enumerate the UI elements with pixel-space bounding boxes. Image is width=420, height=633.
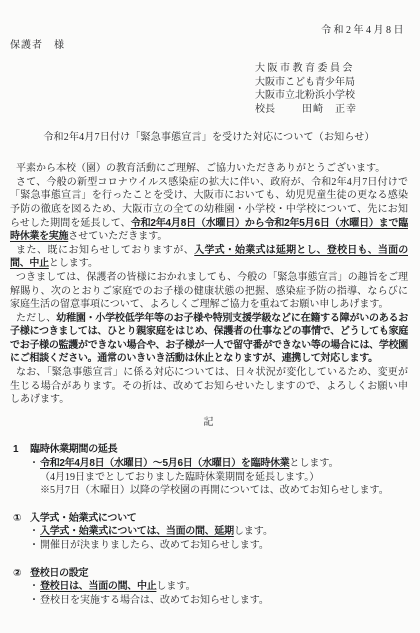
ceremony-tail-text: とします。: [49, 258, 98, 269]
bullet-icon: ・: [29, 458, 39, 469]
document-body: 平素から本校（園）の教育活動にご理解、ご協力いただきありがとうございます。 さて…: [10, 162, 408, 407]
bullet-icon: ・: [29, 540, 39, 551]
section-number-circle1: ①: [13, 512, 23, 526]
attendance-cancel-item: ・登校日は、当面の間、中止します。: [10, 580, 408, 594]
ceremony-postpone-text: 入学式・始業式については、当面の間、延期: [40, 526, 234, 537]
recipient-line: 保護者 様: [10, 39, 408, 53]
document-page: 令和2年4月8日 保護者 様 大 阪 市 教 育 委 員 会 大阪市こども青少年…: [0, 0, 420, 633]
section-entrance-ceremony: ①入学式・始業式について ・入学式・始業式については、当面の間、延期します。 ・…: [10, 512, 408, 553]
section-title-attendance: 登校日の設定: [30, 568, 88, 579]
section-closure-period: 1臨時休業期間の延長 ・令和2年4月8日（水曜日）～5月6日（水曜日）を臨時休業…: [10, 443, 408, 497]
section-number-circle2: ②: [13, 567, 23, 581]
closure-tail-text: させていただきます。: [68, 231, 167, 242]
closure-dates-emphasis: 令和2年4月8日（水曜日）～5月6日（水曜日）を臨時休業: [40, 458, 289, 469]
paragraph-change-notice: なお、「緊急事態宣言」に係る対応については、日々状況が変化しているため、変更が生…: [10, 366, 408, 407]
attendance-cancel-suffix: します。: [156, 581, 195, 592]
section-school-attendance-day: ②登校日の設定 ・登校日は、当面の間、中止します。 ・登校日を実施する場合は、改…: [10, 567, 408, 608]
section-heading-ceremony: ①入学式・始業式について: [10, 512, 408, 526]
sender-principal-line: 校長田崎 正幸: [255, 103, 408, 117]
ceremony-postpone-suffix: します。: [234, 526, 273, 537]
section-heading-closure: 1臨時休業期間の延長: [10, 443, 408, 457]
sender-school-name: 大阪市立北粉浜小学校: [255, 89, 408, 103]
closure-extension-note: （4月19日までとしておりました臨時休業期間を延長します。）: [10, 471, 408, 485]
bullet-icon: ・: [29, 581, 39, 592]
ceremony-date-notice-item: ・開催日が決まりましたら、改めてお知らせします。: [10, 539, 408, 553]
exception-lead-text: ただし、: [16, 313, 56, 324]
sender-org-bureau: 大阪市こども青少年局: [255, 76, 408, 90]
closure-dates-suffix: とします。: [289, 458, 338, 469]
section-title-ceremony: 入学式・始業式について: [30, 513, 137, 524]
sender-block: 大 阪 市 教 育 委 員 会 大阪市こども青少年局 大阪市立北粉浜小学校 校長…: [255, 62, 408, 116]
change-notice-text: なお、「緊急事態宣言」に係る対応については、日々状況が変化しているため、変更が生…: [10, 367, 408, 405]
principal-label: 校長: [255, 104, 275, 115]
closure-period-item: ・令和2年4月8日（水曜日）～5月6日（水曜日）を臨時休業とします。: [10, 457, 408, 471]
paragraph-childcare-exception: ただし、幼稚園・小学校低学年等のお子様や特別支援学級などに在籍する障がいのあるお…: [10, 312, 408, 366]
bullet-icon: ・: [29, 595, 39, 606]
document-date: 令和2年4月8日: [10, 24, 408, 38]
paragraph-greeting: 平素から本校（園）の教育活動にご理解、ご協力いただきありがとうございます。: [10, 162, 408, 176]
section-title-closure: 臨時休業期間の延長: [30, 444, 117, 455]
paragraph-ceremony-postpone: また、既にお知らせしておりますが、入学式・始業式は延期とし、登校日も、当面の間、…: [10, 244, 408, 271]
childcare-exception-emphasis: 幼稚園・小学校低学年等のお子様や特別支援学級などに在籍する障がいのあるお子様につ…: [10, 313, 408, 365]
ceremony-date-notice-text: 開催日が決まりましたら、改めてお知らせします。: [40, 540, 269, 551]
bullet-icon: ・: [29, 526, 39, 537]
principal-name: 田崎 正幸: [302, 104, 357, 115]
attendance-cancel-text: 登校日は、当面の間、中止: [40, 581, 156, 592]
attendance-notice-item: ・登校日を実施する場合は、改めてお知らせします。: [10, 594, 408, 608]
paragraph-closure-extension: さて、今般の新型コロナウイルス感染症の拡大に伴い、政府が、令和2年4月7日付けで…: [10, 176, 408, 244]
ki-marker: 記: [10, 416, 408, 430]
attendance-notice-text: 登校日を実施する場合は、改めてお知らせします。: [40, 595, 269, 606]
section-number-1: 1: [13, 443, 23, 457]
school-reopen-note: ※5月7日（木曜日）以降の学校園の再開については、改めてお知らせします。: [10, 484, 408, 498]
ceremony-postpone-item: ・入学式・始業式については、当面の間、延期します。: [10, 525, 408, 539]
section-heading-attendance: ②登校日の設定: [10, 567, 408, 581]
request-text: つきましては、保護者の皆様におかれましても、今般の「緊急事態宣言」の趣旨をご理解…: [10, 272, 408, 310]
ceremony-lead-text: また、既にお知らせしておりますが、: [16, 245, 194, 256]
document-title: 令和2年4月7日付け「緊急事態宣言」を受けた対応について（お知らせ）: [10, 131, 408, 145]
paragraph-request-to-parents: つきましては、保護者の皆様におかれましても、今般の「緊急事態宣言」の趣旨をご理解…: [10, 271, 408, 312]
greeting-text: 平素から本校（園）の教育活動にご理解、ご協力いただきありがとうございます。: [16, 163, 385, 174]
sender-org-board: 大 阪 市 教 育 委 員 会: [255, 62, 408, 76]
